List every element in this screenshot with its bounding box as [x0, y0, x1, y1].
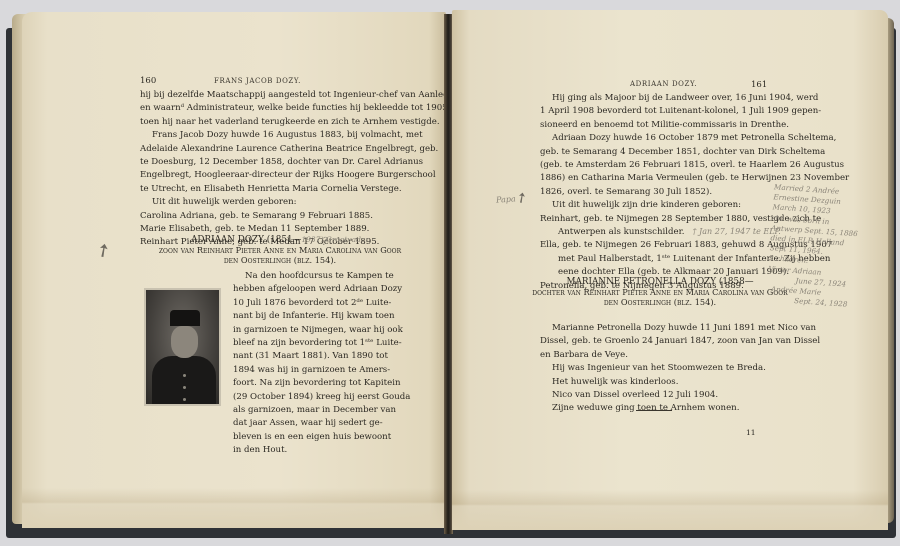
text-line: sioneerd en benoemd tot Militie-commissa… [540, 119, 790, 132]
text-line: 1886) en Catharina Maria Vermeulen (geb.… [540, 172, 790, 185]
text-line: te Doesburg, 12 December 1858, dochter v… [140, 156, 430, 169]
text-line: en Barbara de Veye. [540, 349, 790, 362]
section-heading-adriaan: ADRIAAN DOZY (1851—1937) Grootvader zoon… [130, 234, 430, 265]
text-line: Adelaide Alexandrine Laurence Catherina … [140, 143, 430, 156]
text-line: en waarnᵈ Administrateur, welke beide fu… [140, 102, 430, 115]
text-line: dat jaar Assen, waar hij sedert ge- [233, 417, 428, 430]
text-line: bleven is en een eigen huis bewoont [233, 431, 428, 444]
text-line: foort. Na zijn bevordering tot Kapitein [233, 377, 428, 390]
text-line: Marianne Petronella Dozy huwde 11 Juni 1… [540, 322, 790, 335]
text-line: Uit dit huwelijk zijn drie kinderen gebo… [540, 199, 790, 212]
text-line: Engelbregt, Hoogleeraar-directeur der Ri… [140, 169, 430, 182]
text-line: Na den hoofdcursus te Kampen te [233, 270, 428, 283]
right-running-head: ADRIAAN DOZY. [630, 80, 697, 88]
text-line: Uit dit huwelijk werden geboren: [140, 196, 430, 209]
text-line: geb. te Semarang 4 December 1851, dochte… [540, 146, 790, 159]
text-line: 1894 was hij in garnizoen te Amers- [233, 364, 428, 377]
text-line: Nico van Dissel overleed 12 Juli 1904. [540, 389, 790, 402]
text-line: bleef na zijn bevordering tot 1ˢᵗᵉ Luite… [233, 337, 428, 350]
child-reinhart-line-1: Reinhart, geb. te Nijmegen 28 September … [540, 213, 790, 226]
text-line: als garnizoen, maar in December van [233, 404, 428, 417]
text-line: Hij was Ingenieur van het Stoomwezen te … [540, 362, 790, 375]
text-line: toen hij naar het vaderland terugkeerde … [140, 116, 430, 129]
page-bottom-edge [452, 490, 888, 530]
child-ella-line-2: met Paul Halberstadt, 1ˢᵗᵉ Luitenant der… [540, 253, 790, 266]
section-heading-marianne: MARIANNE PETRONELLA DOZY (1858— dochter … [530, 277, 790, 307]
text-line: nant bij de Infanterie. Hij kwam toen [233, 310, 428, 323]
text-line: in garnizoen te Nijmegen, waar hij ook [233, 324, 428, 337]
text-line: Adriaan Dozy huwde 16 October 1879 met P… [540, 132, 790, 145]
text-line: (geb. te Amsterdam 26 Februari 1815, ove… [540, 159, 790, 172]
text-line: Frans Jacob Dozy huwde 16 Augustus 1883,… [140, 129, 430, 142]
text-line: Het huwelijk was kinderloos. [540, 376, 790, 389]
text-line: 1826, overl. te Semarang 30 Juli 1852). [540, 186, 790, 199]
adriaan-body: Na den hoofdcursus te Kampen te hebben a… [233, 270, 428, 458]
text-line: Hij ging als Majoor bij de Landweer over… [540, 92, 790, 105]
text-line: Dissel, geb. te Groenlo 24 Januari 1847,… [540, 335, 790, 348]
child-reinhart-line-2: Antwerpen als kunstschilder.† Jan 27, 19… [540, 226, 790, 239]
right-page-number: 161 [751, 80, 767, 90]
left-page-body: hij bij dezelfde Maatschappij aangesteld… [140, 89, 430, 250]
text-line: hij bij dezelfde Maatschappij aangesteld… [140, 89, 430, 102]
text-line: in den Hout. [233, 444, 428, 457]
right-page-body: Hij ging als Majoor bij de Landweer over… [540, 92, 790, 293]
heading-subtitle-2: den Oosterlingh (blz. 154). [530, 297, 790, 307]
pencil-death-annotation: † Jan 27, 1947 te ELP. [693, 226, 781, 237]
heading-subtitle-1: dochter van Reinhart Pieter Anne en Mari… [530, 287, 790, 297]
portrait-photo [144, 288, 221, 406]
signature-mark: 11 [746, 428, 756, 437]
heading-subtitle-2: den Oosterlingh (blz. 154). [130, 255, 430, 265]
heading-subtitle-1: zoon van Reinhart Pieter Anne en Maria C… [130, 245, 430, 255]
text-line: hebben afgeloopen werd Adriaan Dozy [233, 283, 428, 296]
marianne-body: Marianne Petronella Dozy huwde 11 Juni 1… [540, 322, 790, 416]
text-line: nant (31 Maart 1881). Van 1890 tot [233, 350, 428, 363]
left-running-head: FRANS JACOB DOZY. [214, 77, 301, 85]
text-line: 1 April 1908 bevorderd tot Luitenant-kol… [540, 105, 790, 118]
heading-title: MARIANNE PETRONELLA DOZY (1858— [530, 277, 790, 287]
pencil-margin-note: Married 2 Andrée Ernestine Dezguin March… [766, 182, 884, 312]
pencil-grootvader-annotation: 1937) Grootvader [301, 234, 369, 245]
heading-title: ADRIAAN DOZY (1851— [191, 235, 301, 245]
text-line: te Utrecht, en Elisabeth Henrietta Maria… [140, 183, 430, 196]
section-end-rule [636, 410, 672, 411]
text-line: (29 October 1894) kreeg hij eerst Gouda [233, 391, 428, 404]
page-bottom-edge [22, 488, 446, 528]
text-line: 10 Juli 1876 bevorderd tot 2ᵈᵉ Luite- [233, 297, 428, 310]
text-line: Carolina Adriana, geb. te Semarang 9 Feb… [140, 210, 430, 223]
left-page-number: 160 [140, 76, 156, 86]
child-ella-line-1: Ella, geb. te Nijmegen 26 Februari 1883,… [540, 239, 790, 252]
